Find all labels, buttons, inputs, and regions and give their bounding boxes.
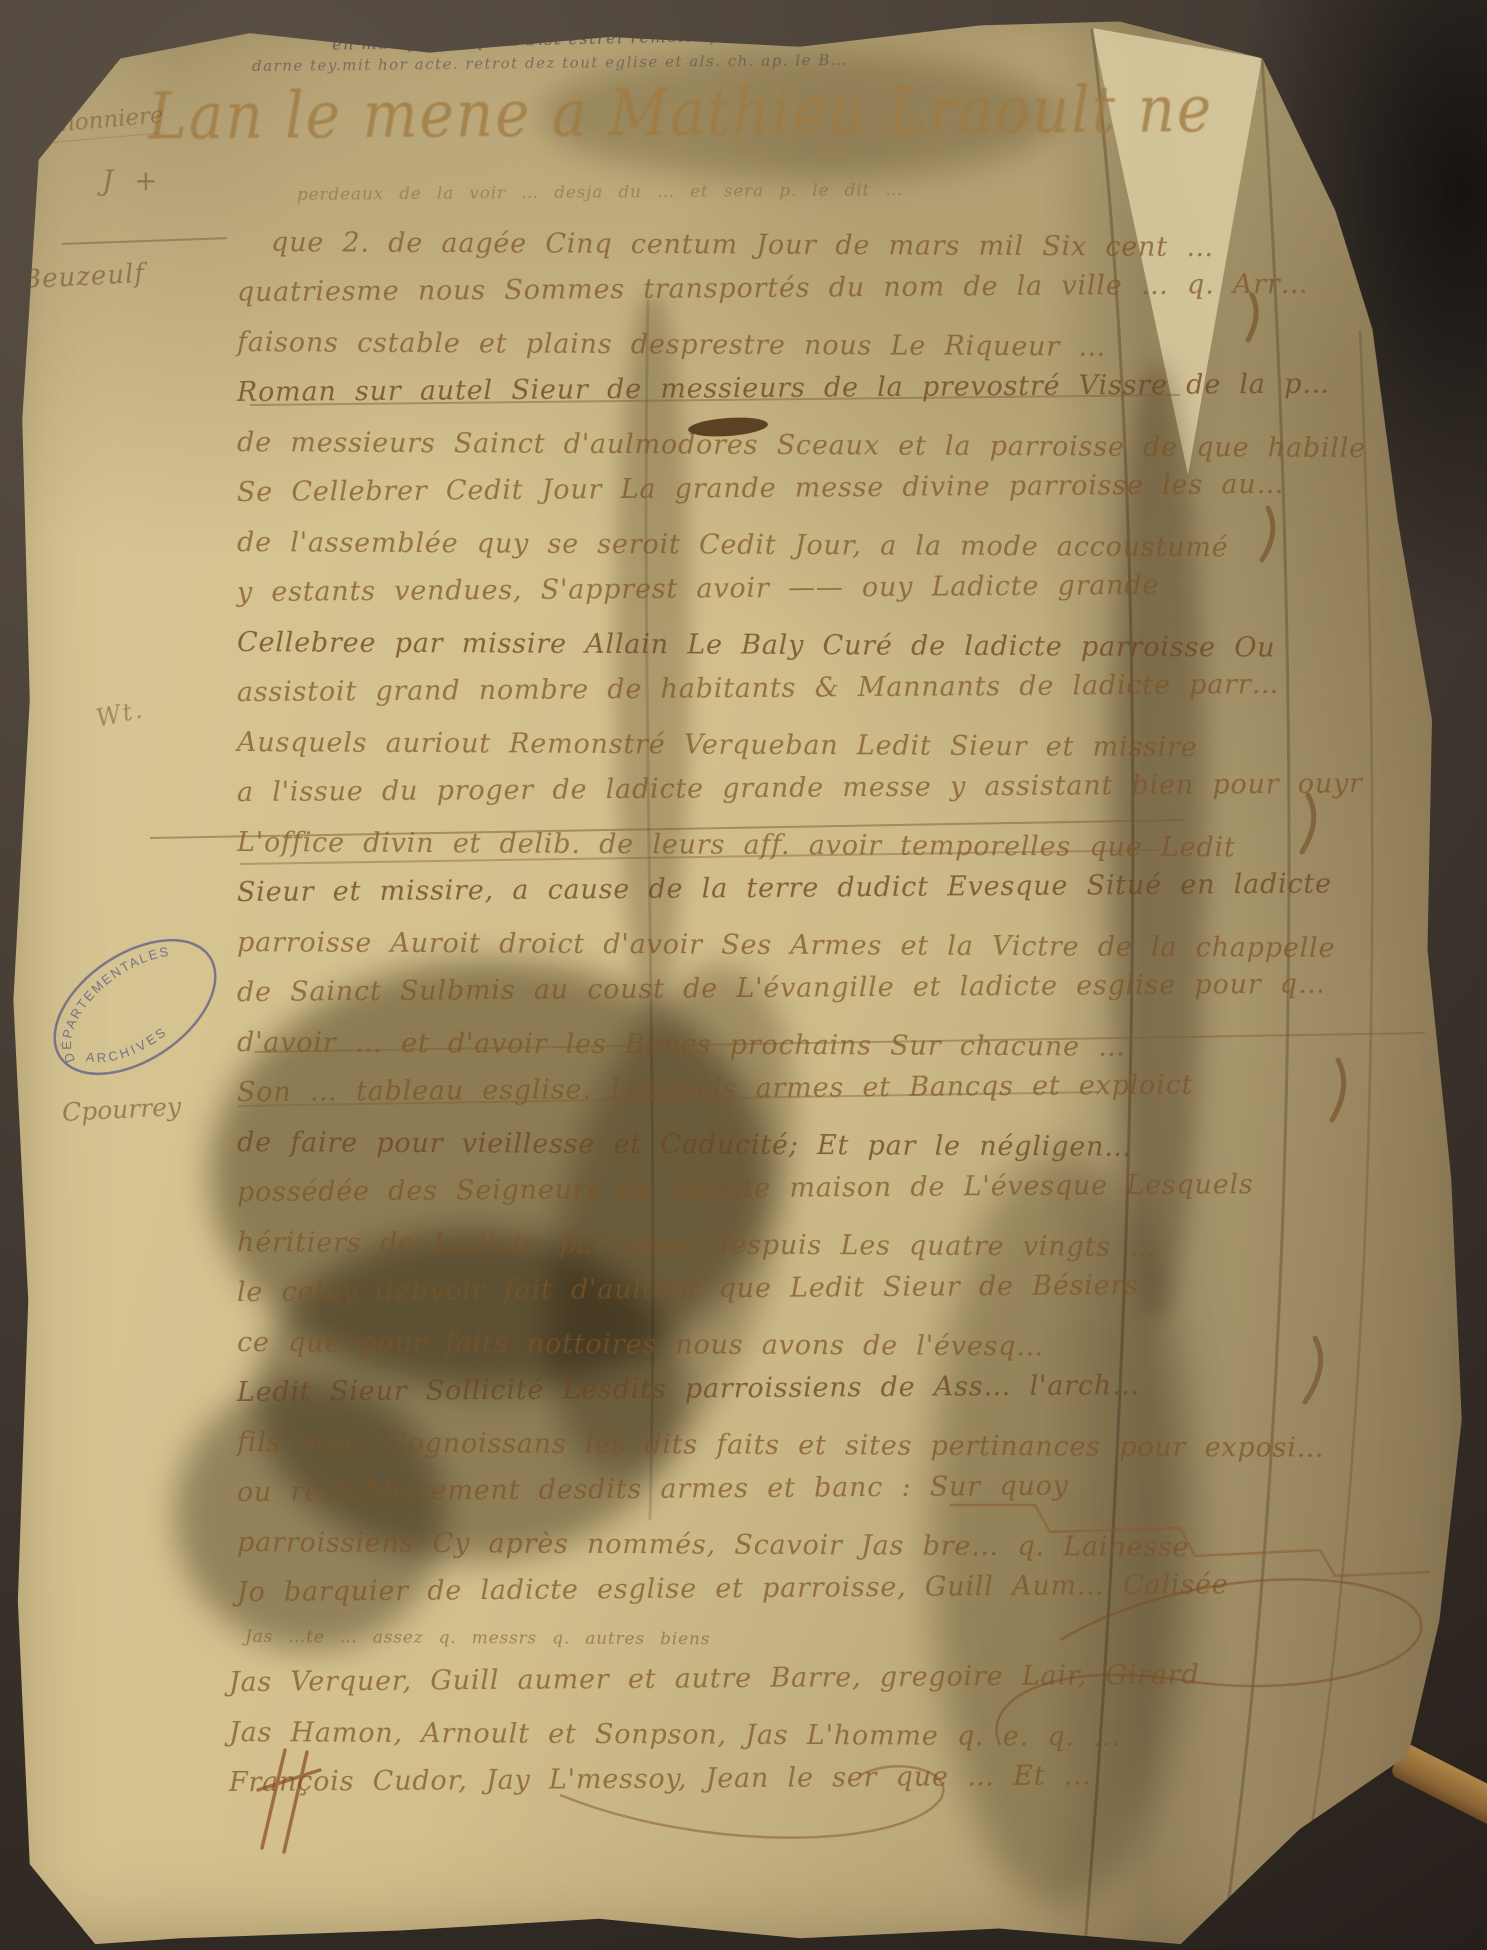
manuscript-line: le celuy debvoir fait d'aultant que Ledi… <box>237 1268 1412 1327</box>
manuscript-line: François Cudor, Jay L'messoy, Jean le se… <box>229 1758 1412 1817</box>
manuscript-body: perdeaux de la voir … desja du … et sera… <box>237 185 1412 1817</box>
manuscript-line: Jas Verquer, Guill aumer et autre Barre,… <box>229 1658 1412 1717</box>
heading-line: Lan le mene a Mathieu Lraoult ne <box>148 69 1389 154</box>
manuscript-line: assistoit grand nombre de habitants & Ma… <box>237 668 1412 727</box>
margin-note-simonniere: Simonniere <box>29 102 165 145</box>
manuscript-line: perdeaux de la voir … desja du … et sera… <box>297 176 1412 227</box>
manuscript-line: y estants vendues, S'apprest avoir —— ou… <box>237 568 1412 627</box>
manuscript-line: Ledit Sieur Sollicité Lesdits parroissie… <box>237 1368 1412 1427</box>
margin-cross-mark: J + <box>102 164 164 197</box>
manuscript-line: Jo barquier de ladicte esglise et parroi… <box>237 1568 1412 1627</box>
shelf-mark: 5 — 40 38 <box>78 28 202 52</box>
archive-stamp: DÉPARTEMENTALES ARCHIVES <box>20 902 249 1112</box>
top-annotation-line: en ma. q.lerte quou b.st estrel remolte … <box>332 25 756 54</box>
manuscript-line: possédée des Seigneurs de ladicte maison… <box>237 1168 1412 1227</box>
manuscript-line: de Sainct Sulbmis au coust de L'évangill… <box>237 968 1412 1027</box>
manuscript-line: quatriesme nous Sommes transportés du no… <box>237 268 1412 327</box>
manuscript-line: Son … tableau esglise. Lesquels armes et… <box>237 1068 1412 1127</box>
manuscript-line: Sieur et missire, a cause de la terre du… <box>237 868 1412 927</box>
manuscript-line: Roman sur autel Sieur de messieurs de la… <box>237 368 1412 427</box>
photo-frame: …te mon… dest. no… p.st de la p…ste en m… <box>0 0 1487 1950</box>
parchment-sheet: …te mon… dest. no… p.st de la p…ste en m… <box>0 0 1487 1950</box>
margin-note-beuzeul: Beuzeulf <box>21 259 145 295</box>
manuscript-line: ou restablissement desdits armes et banc… <box>237 1468 1412 1527</box>
margin-paraph: Wt. <box>94 695 147 732</box>
manuscript-line: a l'issue du proger de ladicte grande me… <box>237 768 1412 827</box>
stamp-oval <box>31 913 240 1102</box>
manuscript-line: Se Cellebrer Cedit Jour La grande messe … <box>237 468 1412 527</box>
margin-rule <box>62 237 227 245</box>
top-annotation-line: …te mon… dest. no… p.st de la p…ste <box>262 5 604 29</box>
